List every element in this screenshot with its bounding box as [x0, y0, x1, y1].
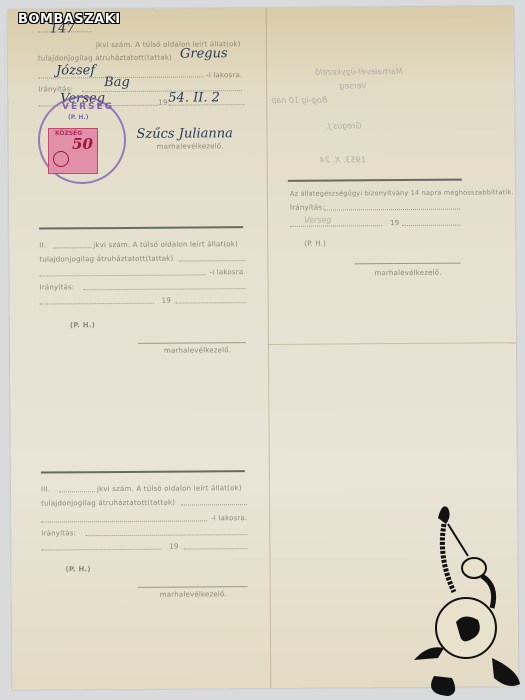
bleed-through-text: 1953. X. 24: [320, 155, 366, 164]
direction-label: Irányítás:: [40, 283, 75, 291]
residence-suffix: -i lakosra.: [209, 268, 245, 276]
seal-label: (P. H.): [68, 114, 88, 121]
section-number: III.: [41, 485, 50, 493]
signer-role: marhalevélkezelő.: [374, 269, 441, 277]
transfer-label: tulajdonjogilag átruháztatott(tattak): [39, 255, 173, 264]
transfer-label: tulajdonjogilag átruháztatott(tattak): [41, 499, 175, 508]
residence-suffix: -i lakosra.: [206, 71, 242, 79]
transfer-section-1: 147 jkvi szám. A túlsó oldalon leírt áll…: [8, 8, 256, 10]
transfer-label: tulajdonjogilag átruháztatott(tattak): [38, 54, 172, 63]
seal-label: (P. H.): [304, 240, 326, 248]
signer-role: marhalevélkezelő.: [157, 142, 224, 150]
signer-role: marhalevélkezelő.: [164, 346, 231, 354]
section-number: II.: [39, 242, 46, 250]
stamp-value: 50: [72, 135, 93, 153]
owner-surname: Gregus: [180, 46, 228, 61]
left-column: 147 jkvi szám. A túlsó oldalon leírt áll…: [8, 8, 261, 690]
seal-place: VERSEG: [62, 102, 114, 112]
direction-label: Irányítás:: [41, 529, 76, 537]
bomb-mascot-icon: [408, 498, 523, 698]
signer-role: marhalevélkezelő.: [160, 590, 227, 598]
bleed-through-text: Gregus J.: [325, 121, 361, 130]
direction-label: Irányítás:: [290, 204, 325, 212]
year-prefix: 19: [169, 543, 178, 551]
certificate-extension-text: Az állategészségügyi bizonyítvány 14 nap…: [290, 188, 514, 198]
revenue-stamp: KÖZSÉG 50: [48, 128, 98, 174]
direction-value: Bag: [104, 75, 130, 90]
section-line1: jkvi szám. A túlsó oldalon leírt állat(o…: [93, 240, 238, 249]
section-line1: jkvi szám. A túlsó oldalon leírt állat(o…: [97, 484, 242, 493]
seal-label: (P. H.): [66, 565, 91, 573]
year-prefix: 19: [162, 297, 171, 305]
year-prefix: 19: [390, 219, 399, 227]
coat-of-arms-icon: [53, 151, 69, 167]
owner-firstname: József: [56, 63, 95, 78]
watermark-logo: BOMBASZAKI: [18, 12, 121, 27]
seal-label: (P. H.): [70, 321, 95, 329]
section-divider: [288, 179, 462, 182]
transfer-section-3: III. jkvi szám. A túlsó oldalon leírt ál…: [8, 8, 256, 10]
handwritten-place: Verseg: [304, 216, 331, 225]
transfer-section-2: II. jkvi szám. A túlsó oldalon leírt áll…: [8, 8, 256, 10]
bleed-through-text: Bog-ig 10 nap: [271, 96, 327, 105]
section-divider: [39, 226, 243, 229]
clerk-signature: Szűcs Julianna: [136, 126, 232, 142]
bleed-through-text: Marhalevél-ügykezelő: [315, 67, 403, 77]
section-divider: [41, 470, 245, 473]
bleed-through-text: Verseg: [339, 81, 366, 90]
year-prefix: 19: [158, 99, 167, 107]
residence-suffix: -i lakosra.: [211, 514, 247, 522]
